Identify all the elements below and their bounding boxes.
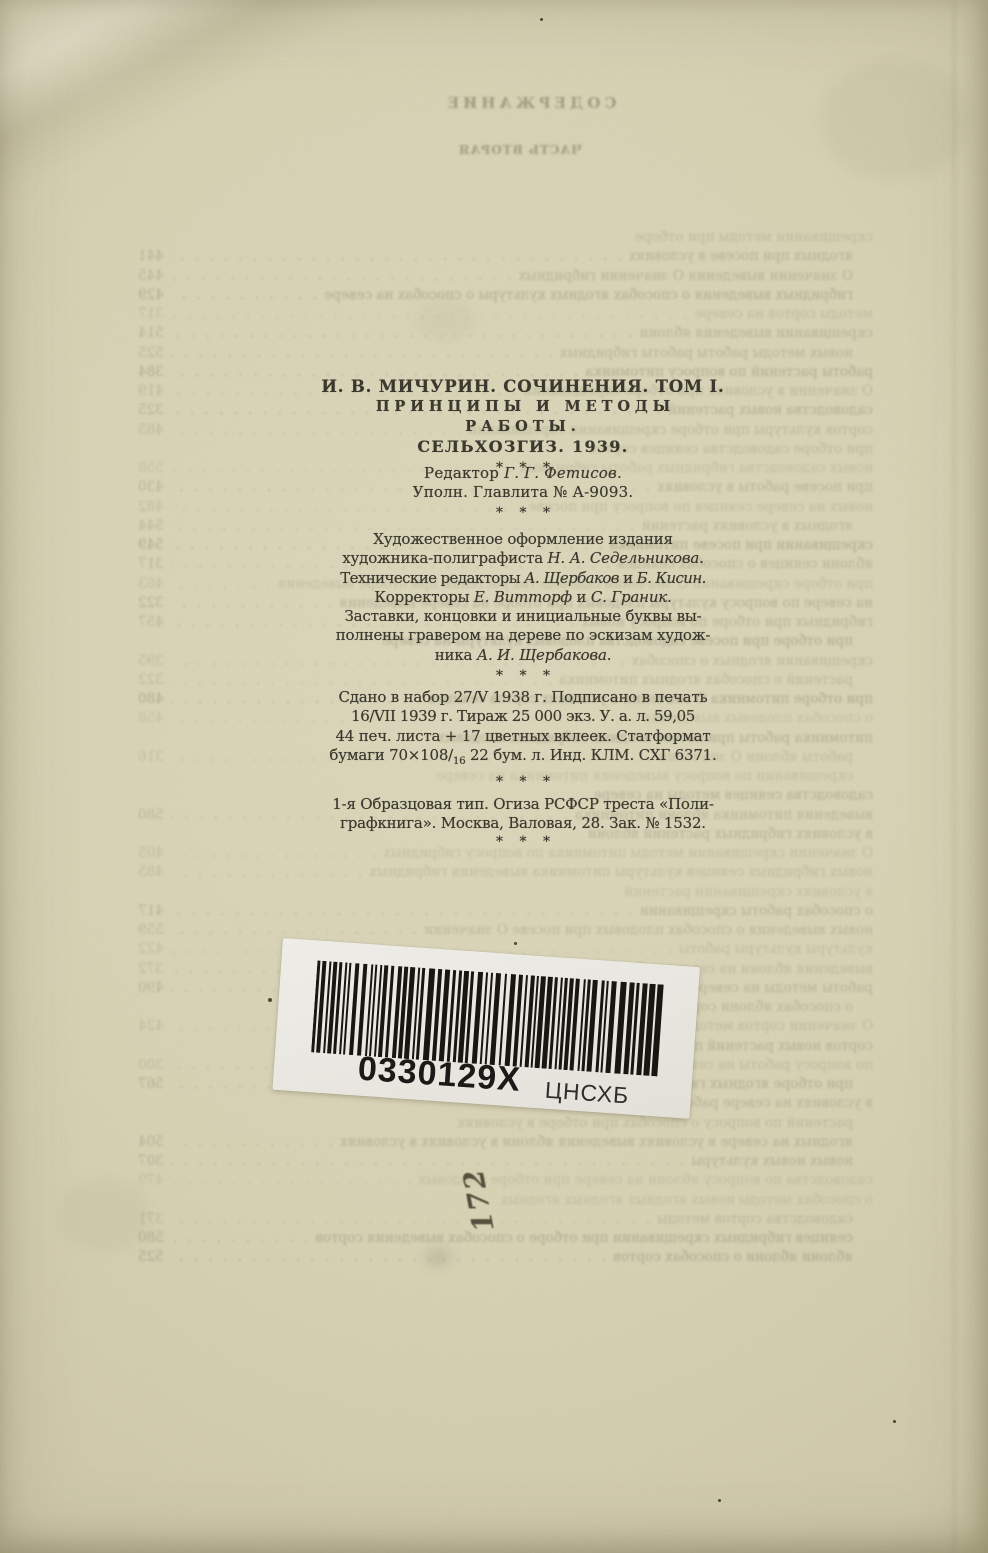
format-subscript: 16 <box>453 756 465 767</box>
showthrough-dot-leader: . . . . . . . . . . . . . . . . . . . . … <box>171 1229 309 1247</box>
showthrough-page-number: 567 <box>138 1075 164 1093</box>
showthrough-page-number: 424 <box>138 1017 164 1035</box>
paper-crease <box>952 0 957 1553</box>
proofreaders-line: Корректоры Е. Витторф и С. Граник. <box>310 588 736 607</box>
showthrough-text: о способах работы скрещивании <box>640 902 873 920</box>
showthrough-page-number: 482 <box>138 498 164 516</box>
paper-speck <box>893 1420 896 1423</box>
showthrough-row: скрещивании методы при отборе <box>138 228 873 246</box>
ornament-separator: * * * <box>310 668 736 684</box>
showthrough-page-number: 395 <box>138 652 164 670</box>
showthrough-dot-leader: . . . . . . . . . . . . . . . . . . . . … <box>171 286 317 304</box>
showthrough-page-number: 558 <box>138 459 164 477</box>
showthrough-page-number: 458 <box>138 709 164 727</box>
proofreader-name: Е. Витторф <box>474 588 572 606</box>
showthrough-row: скрещивании выведения яблони. . . . . . … <box>138 324 873 342</box>
showthrough-dot-leader: . . . . . . . . . . . . . . . . . . . . … <box>171 594 332 612</box>
showthrough-page-number: 445 <box>138 267 164 285</box>
paper-stain <box>60 1180 150 1250</box>
showthrough-page-number: 525 <box>138 344 164 362</box>
showthrough-page-number: 325 <box>138 401 164 419</box>
library-code: ЦНСХБ <box>544 1077 630 1110</box>
print-data-line: 44 печ. листа + 17 цветных вклеек. Статф… <box>310 727 736 746</box>
showthrough-dot-leader: . . . . . . . . . . . . . . . . . . . . … <box>171 575 271 593</box>
showthrough-page-number: 580 <box>138 806 164 824</box>
showthrough-text: методы сортов на севере <box>695 305 873 323</box>
showthrough-row: новых гибридных сеянцев культуры питомни… <box>138 863 873 881</box>
showthrough-page-number: 429 <box>138 286 164 304</box>
editor-block: Редактор Г. Г. Фетисов. Уполн. Главлита … <box>310 464 736 521</box>
printing-house-block: 1-я Образцовая тип. Огиза РСФСР треста «… <box>310 795 736 850</box>
artist-name: А. И. Щербакова. <box>477 646 611 664</box>
showthrough-text: ягодных на севере в условиях выведения я… <box>340 1133 873 1151</box>
title-block: И. В. МИЧУРИН. СОЧИНЕНИЯ. ТОМ I. ПРИНЦИП… <box>310 377 736 476</box>
conjunction: и <box>572 588 591 606</box>
showthrough-text: о способах методы новых ягодных ягодных … <box>501 1191 873 1209</box>
showthrough-text: в условиях скрещивании растений <box>624 883 873 901</box>
showthrough-page-number: 430 <box>138 478 164 496</box>
designer-label: художника-полиграфиста <box>342 549 547 567</box>
tech-editor-name: Б. Кисин. <box>637 569 706 587</box>
artist-label: ника <box>435 646 477 664</box>
print-data-line: бумаги 70×108/16 22 бум. л. Инд. КЛМ. СХ… <box>310 746 736 771</box>
showthrough-row: растений по вопросу о способах при отбор… <box>138 1114 873 1132</box>
editor-line: Редактор Г. Г. Фетисов. <box>310 464 736 483</box>
showthrough-page-number: 372 <box>138 960 164 978</box>
showthrough-page-number: 322 <box>138 594 164 612</box>
showthrough-page-number: 490 <box>138 979 164 997</box>
showthrough-page-number: 514 <box>138 324 164 342</box>
showthrough-dot-leader: . . . . . . . . . . . . . . . . . . . . … <box>171 902 633 920</box>
proofreader-name: С. Граник. <box>591 588 672 606</box>
engraver-line: ника А. И. Щербакова. <box>310 646 736 665</box>
print-data-line: Сдано в набор 27/V 1938 г. Подписано в п… <box>310 688 736 707</box>
showthrough-row: новых выведения о способах плодовых при … <box>138 921 873 939</box>
paper-speck <box>268 998 272 1002</box>
showthrough-page-number: 419 <box>138 382 164 400</box>
showthrough-dot-leader: . . . . . . . . . . . . . . . . . . . . … <box>171 863 363 881</box>
showthrough-row: яблони яблони о способах сортов. . . . .… <box>138 1248 873 1266</box>
showthrough-text: скрещивании методы при отборе <box>635 228 873 246</box>
showthrough-dot-leader: . . . . . . . . . . . . . . . . . . . . … <box>171 1152 684 1170</box>
showthrough-dot-leader: . . . . . . . . . . . . . . . . . . . . … <box>171 1248 607 1266</box>
showthrough-text: новых новых культуры <box>691 1152 873 1170</box>
showthrough-dot-leader: . . . . . . . . . . . . . . . . . . . . … <box>171 921 417 939</box>
showthrough-page-number: 317 <box>138 305 164 323</box>
showthrough-page-number: 417 <box>138 902 164 920</box>
showthrough-text: новых методы работы работы гибридных <box>560 344 873 362</box>
showthrough-page-number: 480 <box>138 690 164 708</box>
showthrough-text: ягодных при посеве в условиях <box>629 247 873 265</box>
showthrough-row: в условиях скрещивании растений <box>138 883 873 901</box>
proofreaders-label: Корректоры <box>374 588 474 606</box>
showthrough-row: ягодных при посеве в условиях. . . . . .… <box>138 247 873 265</box>
tech-editors-label: Технические редакторы <box>340 569 524 587</box>
showthrough-dot-leader: . . . . . . . . . . . . . . . . . . . . … <box>171 1133 333 1151</box>
showthrough-page-number: 457 <box>138 613 164 631</box>
showthrough-text: новых гибридных сеянцев культуры питомни… <box>369 863 873 881</box>
ornament-separator: * * * <box>310 834 736 850</box>
glavlit-line: Уполн. Главлита № А-9093. <box>310 483 736 502</box>
showthrough-text: О значении выведения О значении гибридны… <box>519 267 873 285</box>
paper-speck <box>540 18 543 21</box>
showthrough-page-number: 317 <box>138 555 164 573</box>
paper-speck <box>514 942 517 945</box>
showthrough-text: новых выведения о способах плодовых при … <box>424 921 873 939</box>
showthrough-text: работы методы на севере <box>691 979 873 997</box>
showthrough-dot-leader: . . . . . . . . . . . . . . . . . . . . … <box>171 344 553 362</box>
showthrough-page-number: 322 <box>138 671 164 689</box>
handwritten-page-number: 172 <box>429 1151 527 1249</box>
showthrough-row: о способах работы скрещивании. . . . . .… <box>138 902 873 920</box>
showthrough-row: новых методы работы работы гибридных. . … <box>138 344 873 362</box>
showthrough-text: сеянцев гибридных скрещивании при отборе… <box>315 1229 873 1247</box>
editor-label: Редактор <box>424 464 504 482</box>
paper-stain <box>415 300 475 340</box>
showthrough-text: яблони яблони о способах сортов <box>613 1248 873 1266</box>
tech-editor-name: А. Щербаков <box>524 569 619 587</box>
showthrough-page-number: 485 <box>138 863 164 881</box>
paper-speck <box>718 1499 721 1502</box>
showthrough-page-number: 504 <box>138 1133 164 1151</box>
design-line: Художественное оформление издания <box>310 530 736 549</box>
print-data-block: Сдано в набор 27/V 1938 г. Подписано в п… <box>310 688 736 790</box>
showthrough-page-number: 441 <box>138 247 164 265</box>
showthrough-page-number: 549 <box>138 536 164 554</box>
showthrough-page-number: 463 <box>138 575 164 593</box>
showthrough-dot-leader: . . . . . . . . . . . . . . . . . . . . … <box>171 1171 412 1189</box>
book-title-line: И. В. МИЧУРИН. СОЧИНЕНИЯ. ТОМ I. <box>310 377 736 397</box>
print-data-line: 16/VII 1939 г. Тираж 25 000 экз. У. а. л… <box>310 707 736 726</box>
book-subtitle-line: ПРИНЦИПЫ И МЕТОДЫ РАБОТЫ. <box>310 397 736 437</box>
showthrough-page-number: 384 <box>138 363 164 381</box>
design-credits-block: Художественное оформление издания художн… <box>310 530 736 684</box>
showthrough-page-number: 544 <box>138 517 164 535</box>
book-page: СОДЕРЖАНИЕ ЧАСТЬ ВТОРАЯ скрещивании мето… <box>0 0 988 1553</box>
showthrough-dot-leader: . . . . . . . . . . . . . . . . . . . . … <box>171 1210 650 1228</box>
tech-editors-line: Технические редакторы А. Щербаков и Б. К… <box>310 569 736 588</box>
printing-house-line: 1-я Образцовая тип. Огиза РСФСР треста «… <box>310 795 736 814</box>
showthrough-row: методы сортов на севере. . . . . . . . .… <box>138 305 873 323</box>
printing-house-line: графкнига». Москва, Валовая, 28. Зак. № … <box>310 814 736 833</box>
showthrough-row: гибридных выведения о способах ягодных к… <box>138 286 873 304</box>
engraver-line: полнены гравером на дереве по эскизам ху… <box>310 626 736 645</box>
showthrough-page-number: 316 <box>138 748 164 766</box>
showthrough-dot-leader: . . . . . . . . . . . . . . . . . . . . … <box>171 324 633 342</box>
publisher-year-line: СЕЛЬХОЗГИЗ. 1939. <box>310 437 736 457</box>
showthrough-page-number: 559 <box>138 921 164 939</box>
showthrough-text: гибридных выведения о способах ягодных к… <box>324 286 873 304</box>
paper-format: бумаги 70×108/ <box>329 746 453 764</box>
design-line: художника-полиграфиста Н. А. Седельников… <box>310 549 736 568</box>
paper-stain <box>425 1248 451 1266</box>
showthrough-text: культуры культуры работы <box>679 940 873 958</box>
showthrough-row: О значении выведения О значении гибридны… <box>138 267 873 285</box>
showthrough-page-number: 479 <box>138 1171 164 1189</box>
ornament-separator: * * * <box>310 505 736 521</box>
designer-name: Н. А. Седельникова. <box>548 549 704 567</box>
showthrough-dot-leader: . . . . . . . . . . . . . . . . . . . . … <box>171 247 622 265</box>
showthrough-page-number: 405 <box>138 844 164 862</box>
barcode-sticker: 0330129X ЦНСХБ <box>272 938 700 1119</box>
conjunction: и <box>619 569 637 587</box>
editor-name: Г. Г. Фетисов. <box>504 464 622 482</box>
showthrough-dot-leader: . . . . . . . . . . . . . . . . . . . . … <box>171 267 512 285</box>
index-code: 22 бум. л. Инд. КЛМ. СХГ 6371. <box>465 746 716 764</box>
ornament-separator: * * * <box>310 774 736 790</box>
showthrough-text: скрещивании выведения яблони <box>640 324 874 342</box>
showthrough-page-number: 307 <box>138 1152 164 1170</box>
showthrough-page-number: 485 <box>138 421 164 439</box>
paper-stain <box>820 60 970 180</box>
showthrough-page-number: 422 <box>138 940 164 958</box>
showthrough-page-number: 300 <box>138 1056 164 1074</box>
showthrough-text: садоводства сортов методы <box>657 1210 873 1228</box>
showthrough-page-number: 525 <box>138 1248 164 1266</box>
showthrough-row: ягодных на севере в условиях выведения я… <box>138 1133 873 1151</box>
engraver-line: Заставки, концовки и инициальные буквы в… <box>310 607 736 626</box>
